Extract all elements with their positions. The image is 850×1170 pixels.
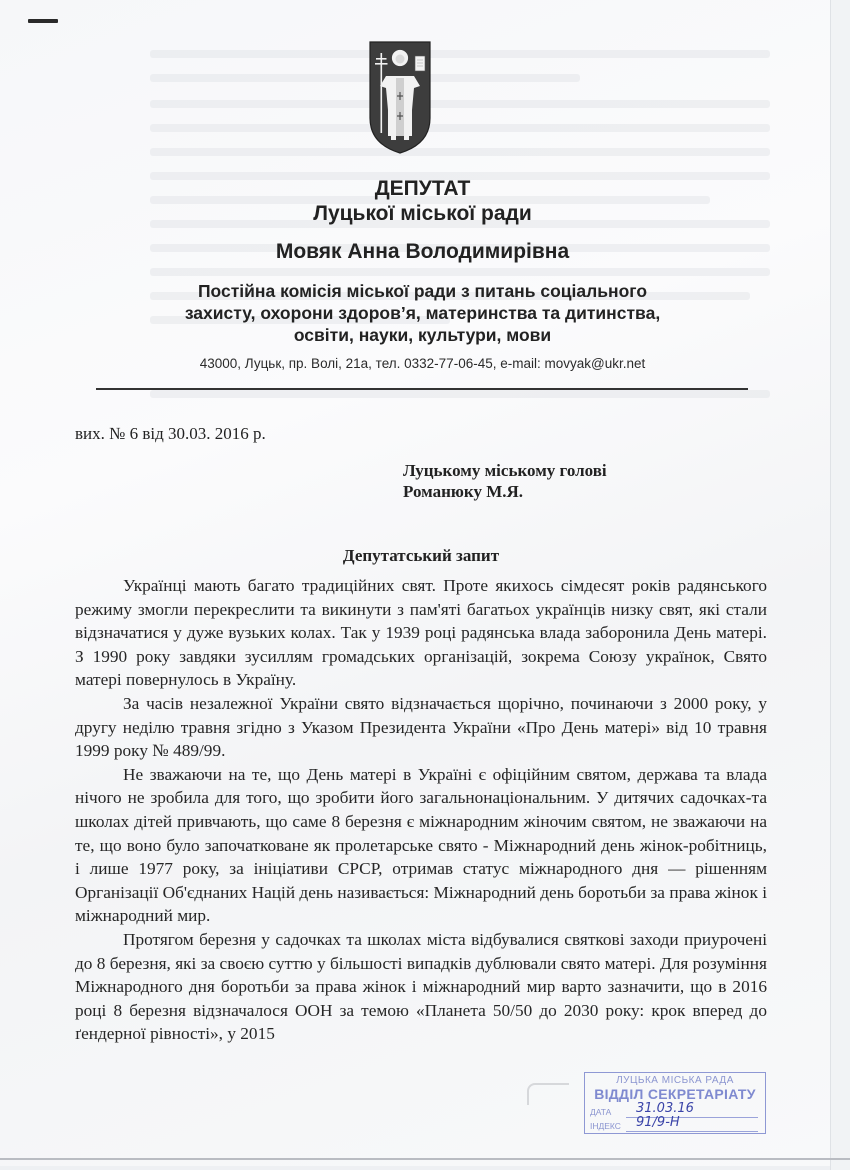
stamp-department: ВІДДІЛ СЕКРЕТАРІАТУ — [585, 1086, 765, 1102]
stamp-index-label: ІНДЕКС — [590, 1121, 621, 1131]
commission-line: захисту, охорони здоров’я, материнства т… — [95, 302, 750, 324]
outgoing-reference: вих. № 6 від 30.03. 2016 р. — [75, 424, 266, 444]
bleed-through-line — [150, 50, 770, 58]
document-title: Депутатський запит — [75, 546, 767, 566]
body-paragraph: Українці мають багато традиційних свят. … — [75, 574, 767, 692]
deputy-name: Мовяк Анна Володимирівна — [95, 240, 750, 264]
bleed-through-line — [150, 74, 580, 82]
addressee-name: Романюку М.Я. — [403, 481, 607, 502]
bleed-through-line — [150, 390, 770, 398]
stamp-index-row: ІНДЕКС 91/9-Н — [590, 1118, 758, 1132]
body-paragraph: Не зважаючи на те, що День матері в Укра… — [75, 763, 767, 928]
body-paragraph: Протягом березня у садочках та школах мі… — [75, 928, 767, 1046]
scanner-background-edge — [830, 0, 850, 1170]
bleed-through-line — [150, 100, 770, 108]
commission-line: Постійна комісія міської ради з питань с… — [95, 280, 750, 302]
bleed-through-line — [150, 148, 770, 156]
addressee-block: Луцькому міському голові Романюку М.Я. — [403, 460, 607, 502]
body-paragraph: За часів незалежної України свято відзна… — [75, 692, 767, 763]
scan-corner-mark — [28, 19, 58, 23]
stamp-index-value: 91/9-Н — [636, 1115, 680, 1130]
contact-info: 43000, Луцьк, пр. Волі, 21а, тел. 0332-7… — [95, 356, 750, 371]
registration-stamp: ЛУЦЬКА МІСЬКА РАДА ВІДДІЛ СЕКРЕТАРІАТУ Д… — [584, 1072, 766, 1134]
bleed-through-line — [150, 124, 770, 132]
stamp-date-label: ДАТА — [590, 1107, 611, 1117]
stamp-date-value: 31.03.16 — [636, 1101, 694, 1116]
bleed-through-line — [150, 268, 770, 276]
letterhead-title: ДЕПУТАТ — [95, 177, 750, 201]
document-page: ДЕПУТАТ Луцької міської ради Мовяк Анна … — [0, 0, 830, 1166]
addressee-position: Луцькому міському голові — [403, 460, 607, 481]
stamp-index-line — [626, 1131, 758, 1132]
letterhead-divider — [96, 388, 748, 390]
letterhead-council: Луцької міської ради — [95, 202, 750, 226]
commission-line: освіти, науки, культури, мови — [95, 324, 750, 346]
document-body: Українці мають багато традиційних свят. … — [75, 574, 767, 1046]
paper-bottom-edge — [0, 1158, 850, 1160]
commission-name: Постійна комісія міської ради з питань с… — [95, 280, 750, 346]
pencil-mark — [527, 1083, 569, 1105]
stamp-organization: ЛУЦЬКА МІСЬКА РАДА — [585, 1075, 765, 1086]
lutsk-coat-of-arms-icon — [368, 40, 432, 155]
